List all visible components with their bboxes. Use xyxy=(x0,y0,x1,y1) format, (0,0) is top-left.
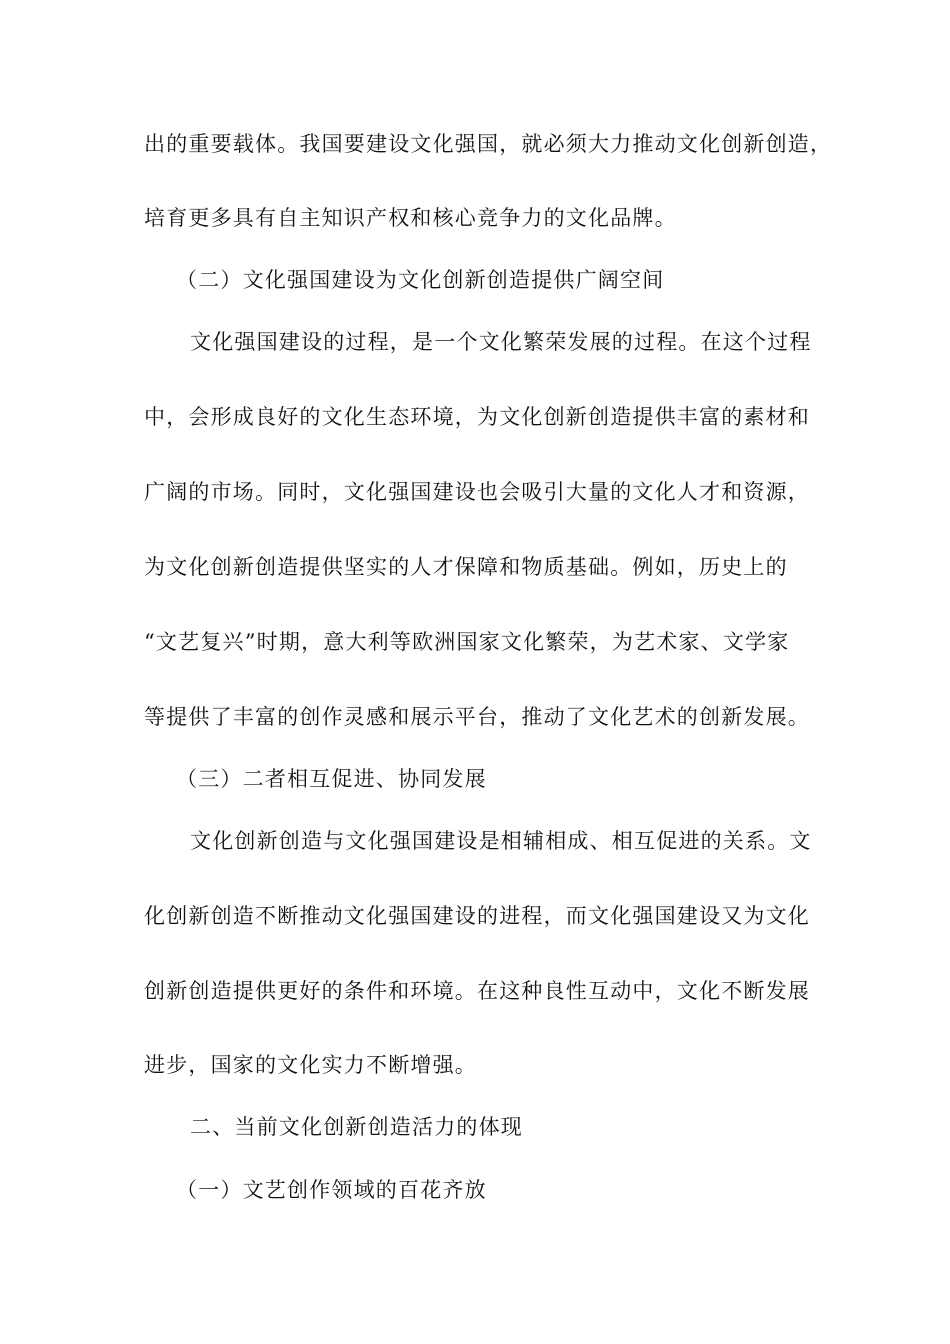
section-subheading: （三）二者相互促进、协同发展 xyxy=(176,764,487,794)
section-subheading: （二）文化强国建设为文化创新创造提供广阔空间 xyxy=(176,265,664,295)
body-text-line: 创新创造提供更好的条件和环境。在这种良性互动中，文化不断发展 xyxy=(144,976,810,1006)
section-heading: 二、当前文化创新创造活力的体现 xyxy=(190,1112,523,1142)
section-subheading: （一）文艺创作领域的百花齐放 xyxy=(176,1175,487,1205)
body-text-line: 进步，国家的文化实力不断增强。 xyxy=(144,1050,477,1080)
body-text-line: 广阔的市场。同时，文化强国建设也会吸引大量的文化人才和资源， xyxy=(144,477,810,507)
body-text-line: “文艺复兴”时期，意大利等欧洲国家文化繁荣，为艺术家、文学家 xyxy=(144,627,789,657)
body-text-line: 等提供了丰富的创作灵感和展示平台，推动了文化艺术的创新发展。 xyxy=(144,702,810,732)
body-text-line: 化创新创造不断推动文化强国建设的进程，而文化强国建设又为文化 xyxy=(144,901,810,931)
body-text-line: 为文化创新创造提供坚实的人才保障和物质基础。例如，历史上的 xyxy=(144,552,788,582)
paragraph-first-line: 文化创新创造与文化强国建设是相辅相成、相互促进的关系。文 xyxy=(190,826,812,856)
body-text-line: 培育更多具有自主知识产权和核心竞争力的文化品牌。 xyxy=(144,203,677,233)
body-text-line: 中，会形成良好的文化生态环境，为文化创新创造提供丰富的素材和 xyxy=(144,402,810,432)
paragraph-first-line: 文化强国建设的过程，是一个文化繁荣发展的过程。在这个过程 xyxy=(190,327,812,357)
body-text-line: 出的重要载体。我国要建设文化强国，就必须大力推动文化创新创造， xyxy=(144,129,832,159)
